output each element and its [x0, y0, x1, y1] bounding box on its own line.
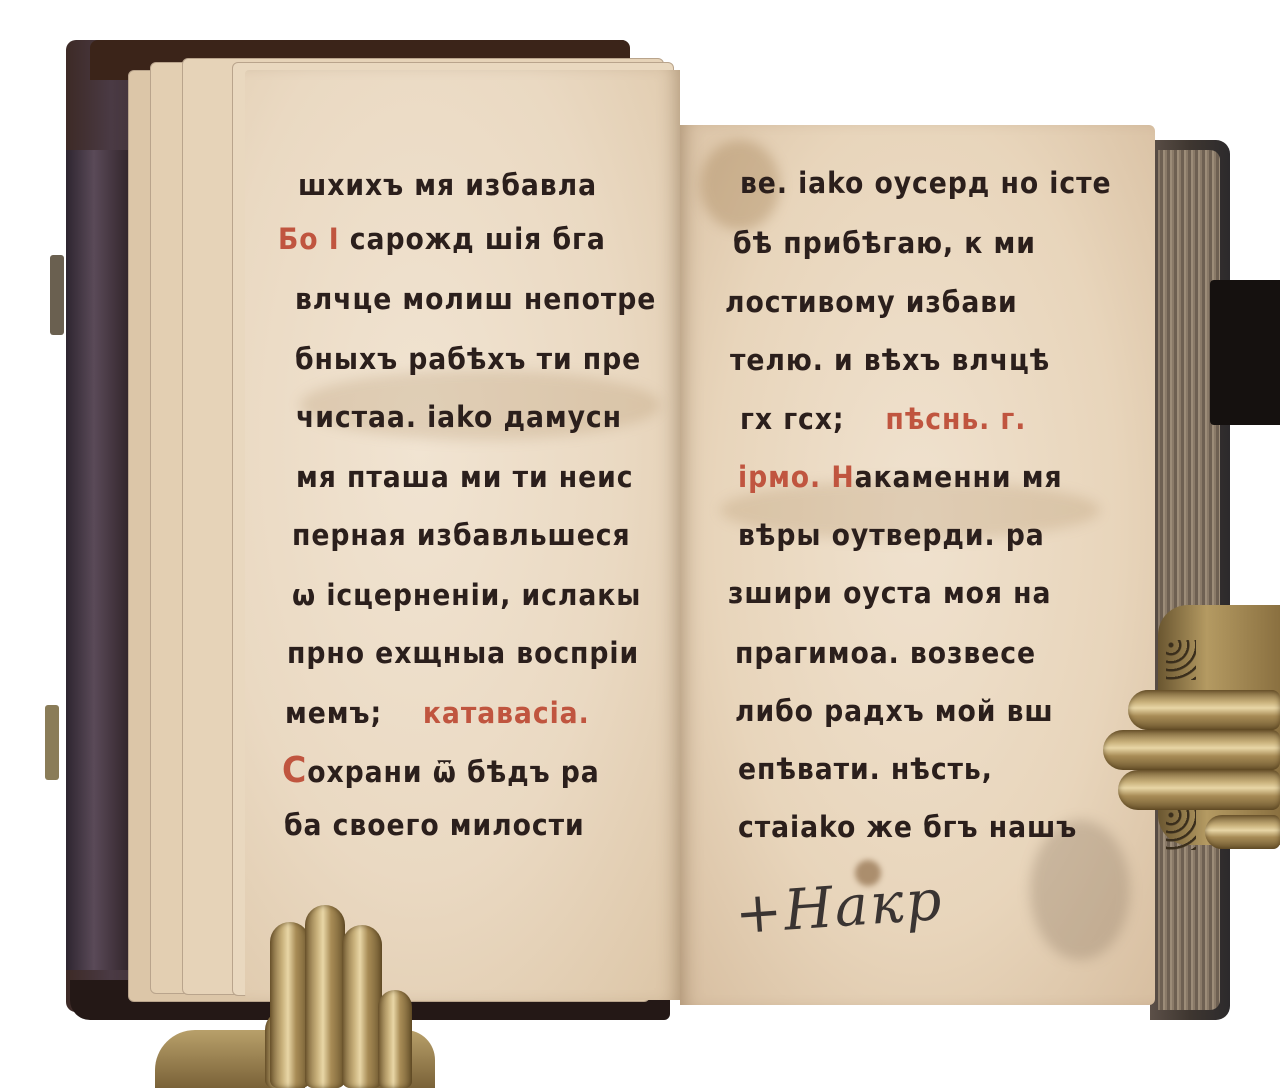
rubric-katavasia: катавасiа. — [423, 696, 590, 730]
text-line: мемъ; катавасiа. — [285, 696, 590, 730]
text-line: влчце молиш непотре — [295, 282, 656, 316]
brass-finger — [1128, 690, 1280, 730]
black-strap — [1210, 280, 1280, 425]
text-line: зшири оуста моя на — [728, 576, 1051, 610]
text-line: ірмо. Накаменни мя — [738, 460, 1063, 494]
brass-finger — [270, 922, 310, 1088]
left-clasp-upper — [50, 255, 64, 335]
text-line: бѣ прибѣгаю, к ми — [733, 226, 1036, 260]
page-fore-edge — [1158, 150, 1220, 1010]
text-line: гх гсх; пѣснь. г. — [740, 402, 1026, 436]
text-line: чистаа. iako дамусн — [296, 400, 622, 434]
text-line: мя пташа ми ти неис — [296, 460, 634, 494]
text-line: перная избавльшеся — [292, 518, 631, 552]
text-line: епѣвати. нѣсть, — [738, 752, 993, 786]
text-line: ве. iako оусерд но iсте — [740, 166, 1111, 200]
leather-spine — [66, 150, 136, 970]
brass-finger — [378, 990, 412, 1088]
text-line: ѡ ісцерненiи, ислакы — [292, 578, 641, 612]
rubric-song: пѣснь. г. — [885, 402, 1026, 436]
text-line: вѣры оутверди. ра — [738, 518, 1045, 552]
text-line: прно ехщныа воспрiи — [287, 636, 639, 670]
text-line: Бо І сарожд шія бга — [278, 222, 606, 256]
text-line: либо радхъ мой вш — [735, 694, 1054, 728]
text-line: стаiako же бгъ нашъ — [738, 810, 1077, 844]
brass-finger — [342, 925, 382, 1088]
text-line: лостивому избави — [725, 285, 1018, 319]
brass-finger — [1118, 770, 1280, 810]
text-line: бныхъ рабѣхъ ти пре — [295, 342, 641, 376]
brass-studs — [1166, 640, 1196, 680]
text-line: шхихъ мя избавла — [298, 168, 597, 202]
brass-thumb — [1205, 815, 1280, 849]
left-clasp-lower — [45, 705, 59, 780]
brass-finger — [1103, 730, 1280, 770]
text-line: ба своего милости — [284, 808, 585, 842]
text-line: прагимоа. возвесе — [735, 636, 1036, 670]
brass-studs — [1166, 810, 1196, 850]
brass-finger — [305, 905, 345, 1088]
text-line: телю. и вѣхъ влчцѣ — [730, 343, 1050, 377]
text-line: Сохрани ѿ бѣдъ ра — [282, 750, 600, 791]
